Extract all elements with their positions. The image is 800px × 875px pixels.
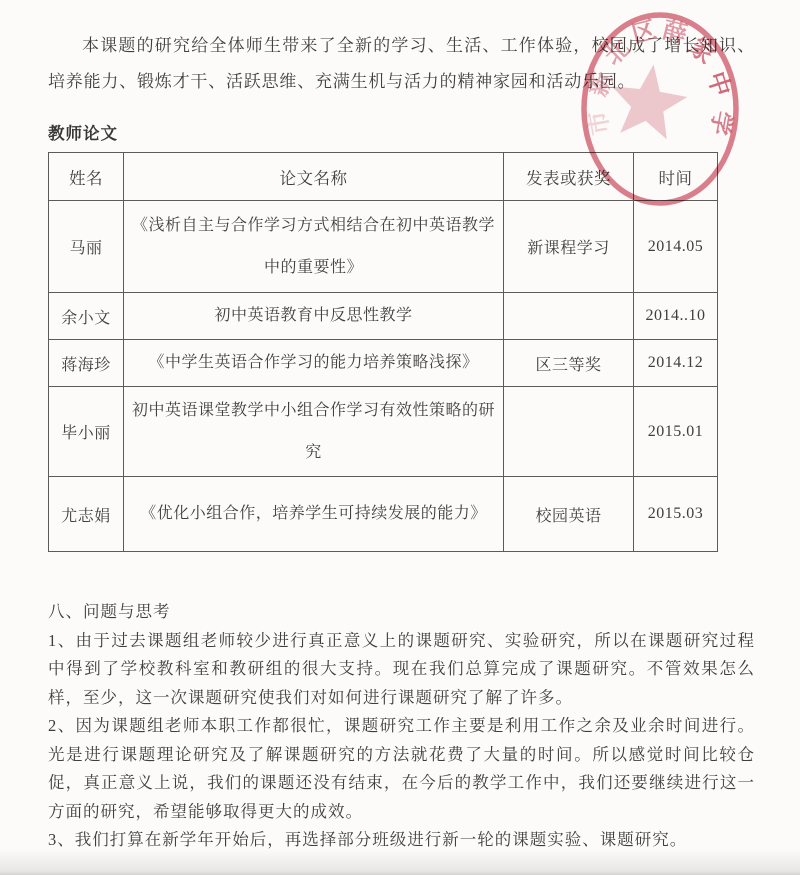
- cell-time: 2014..10: [634, 293, 718, 340]
- cell-name: 蒋海珍: [49, 340, 124, 387]
- table-header-row: 姓名 论文名称 发表或获奖 时间: [49, 153, 718, 201]
- cell-award: [504, 293, 634, 340]
- cell-paper: 《中学生英语合作学习的能力培养策略浅探》: [124, 340, 504, 387]
- cell-award: 校园英语: [504, 477, 634, 552]
- table-row: 尤志娟 《优化小组合作，培养学生可持续发展的能力》 校园英语 2015.03: [49, 477, 718, 552]
- cell-time: 2015.03: [634, 477, 718, 552]
- table-row: 马丽 《浅析自主与合作学习方式相结合在初中英语教学中的重要性》 新课程学习 20…: [49, 201, 718, 293]
- cell-paper: 《优化小组合作，培养学生可持续发展的能力》: [124, 477, 504, 552]
- cell-time: 2015.01: [634, 387, 718, 477]
- cell-time: 2014.05: [634, 201, 718, 293]
- questions-heading: 八、问题与思考: [48, 598, 755, 627]
- intro-paragraph: 本课题的研究给全体师生带来了全新的学习、生活、工作体验，校园成了增长知识、培养能…: [48, 28, 755, 100]
- table-row: 毕小丽 初中英语课堂教学中小组合作学习有效性策略的研究 2015.01: [49, 387, 718, 477]
- cell-name: 马丽: [49, 201, 124, 293]
- scanned-document-page: 本课题的研究给全体师生带来了全新的学习、生活、工作体验，校园成了增长知识、培养能…: [0, 0, 800, 875]
- cell-paper: 《浅析自主与合作学习方式相结合在初中英语教学中的重要性》: [124, 201, 504, 293]
- cell-paper: 初中英语教育中反思性教学: [124, 293, 504, 340]
- question-item: 3、我们打算在新学年开始后，再选择部分班级进行新一轮的课题实验、课题研究。: [48, 826, 755, 855]
- cell-award: 新课程学习: [504, 201, 634, 293]
- header-award: 发表或获奖: [504, 153, 634, 201]
- teacher-papers-table: 姓名 论文名称 发表或获奖 时间 马丽 《浅析自主与合作学习方式相结合在初中英语…: [48, 152, 718, 552]
- cell-award: [504, 387, 634, 477]
- header-name: 姓名: [49, 153, 124, 201]
- cell-time: 2014.12: [634, 340, 718, 387]
- question-item: 2、因为课题组老师本职工作都很忙，课题研究工作主要是利用工作之余及业余时间进行。…: [48, 712, 755, 826]
- cell-paper: 初中英语课堂教学中小组合作学习有效性策略的研究: [124, 387, 504, 477]
- cell-name: 毕小丽: [49, 387, 124, 477]
- table-row: 余小文 初中英语教育中反思性教学 2014..10: [49, 293, 718, 340]
- table-row: 蒋海珍 《中学生英语合作学习的能力培养策略浅探》 区三等奖 2014.12: [49, 340, 718, 387]
- cell-award: 区三等奖: [504, 340, 634, 387]
- header-paper: 论文名称: [124, 153, 504, 201]
- questions-section: 八、问题与思考 1、由于过去课题组老师较少进行真正意义上的课题研究、实验研究，所…: [48, 598, 755, 855]
- question-item: 1、由于过去课题组老师较少进行真正意义上的课题研究、实验研究，所以在课题研究过程…: [48, 627, 755, 713]
- cell-name: 余小文: [49, 293, 124, 340]
- header-time: 时间: [634, 153, 718, 201]
- cell-name: 尤志娟: [49, 477, 124, 552]
- table-title: 教师论文: [48, 120, 755, 144]
